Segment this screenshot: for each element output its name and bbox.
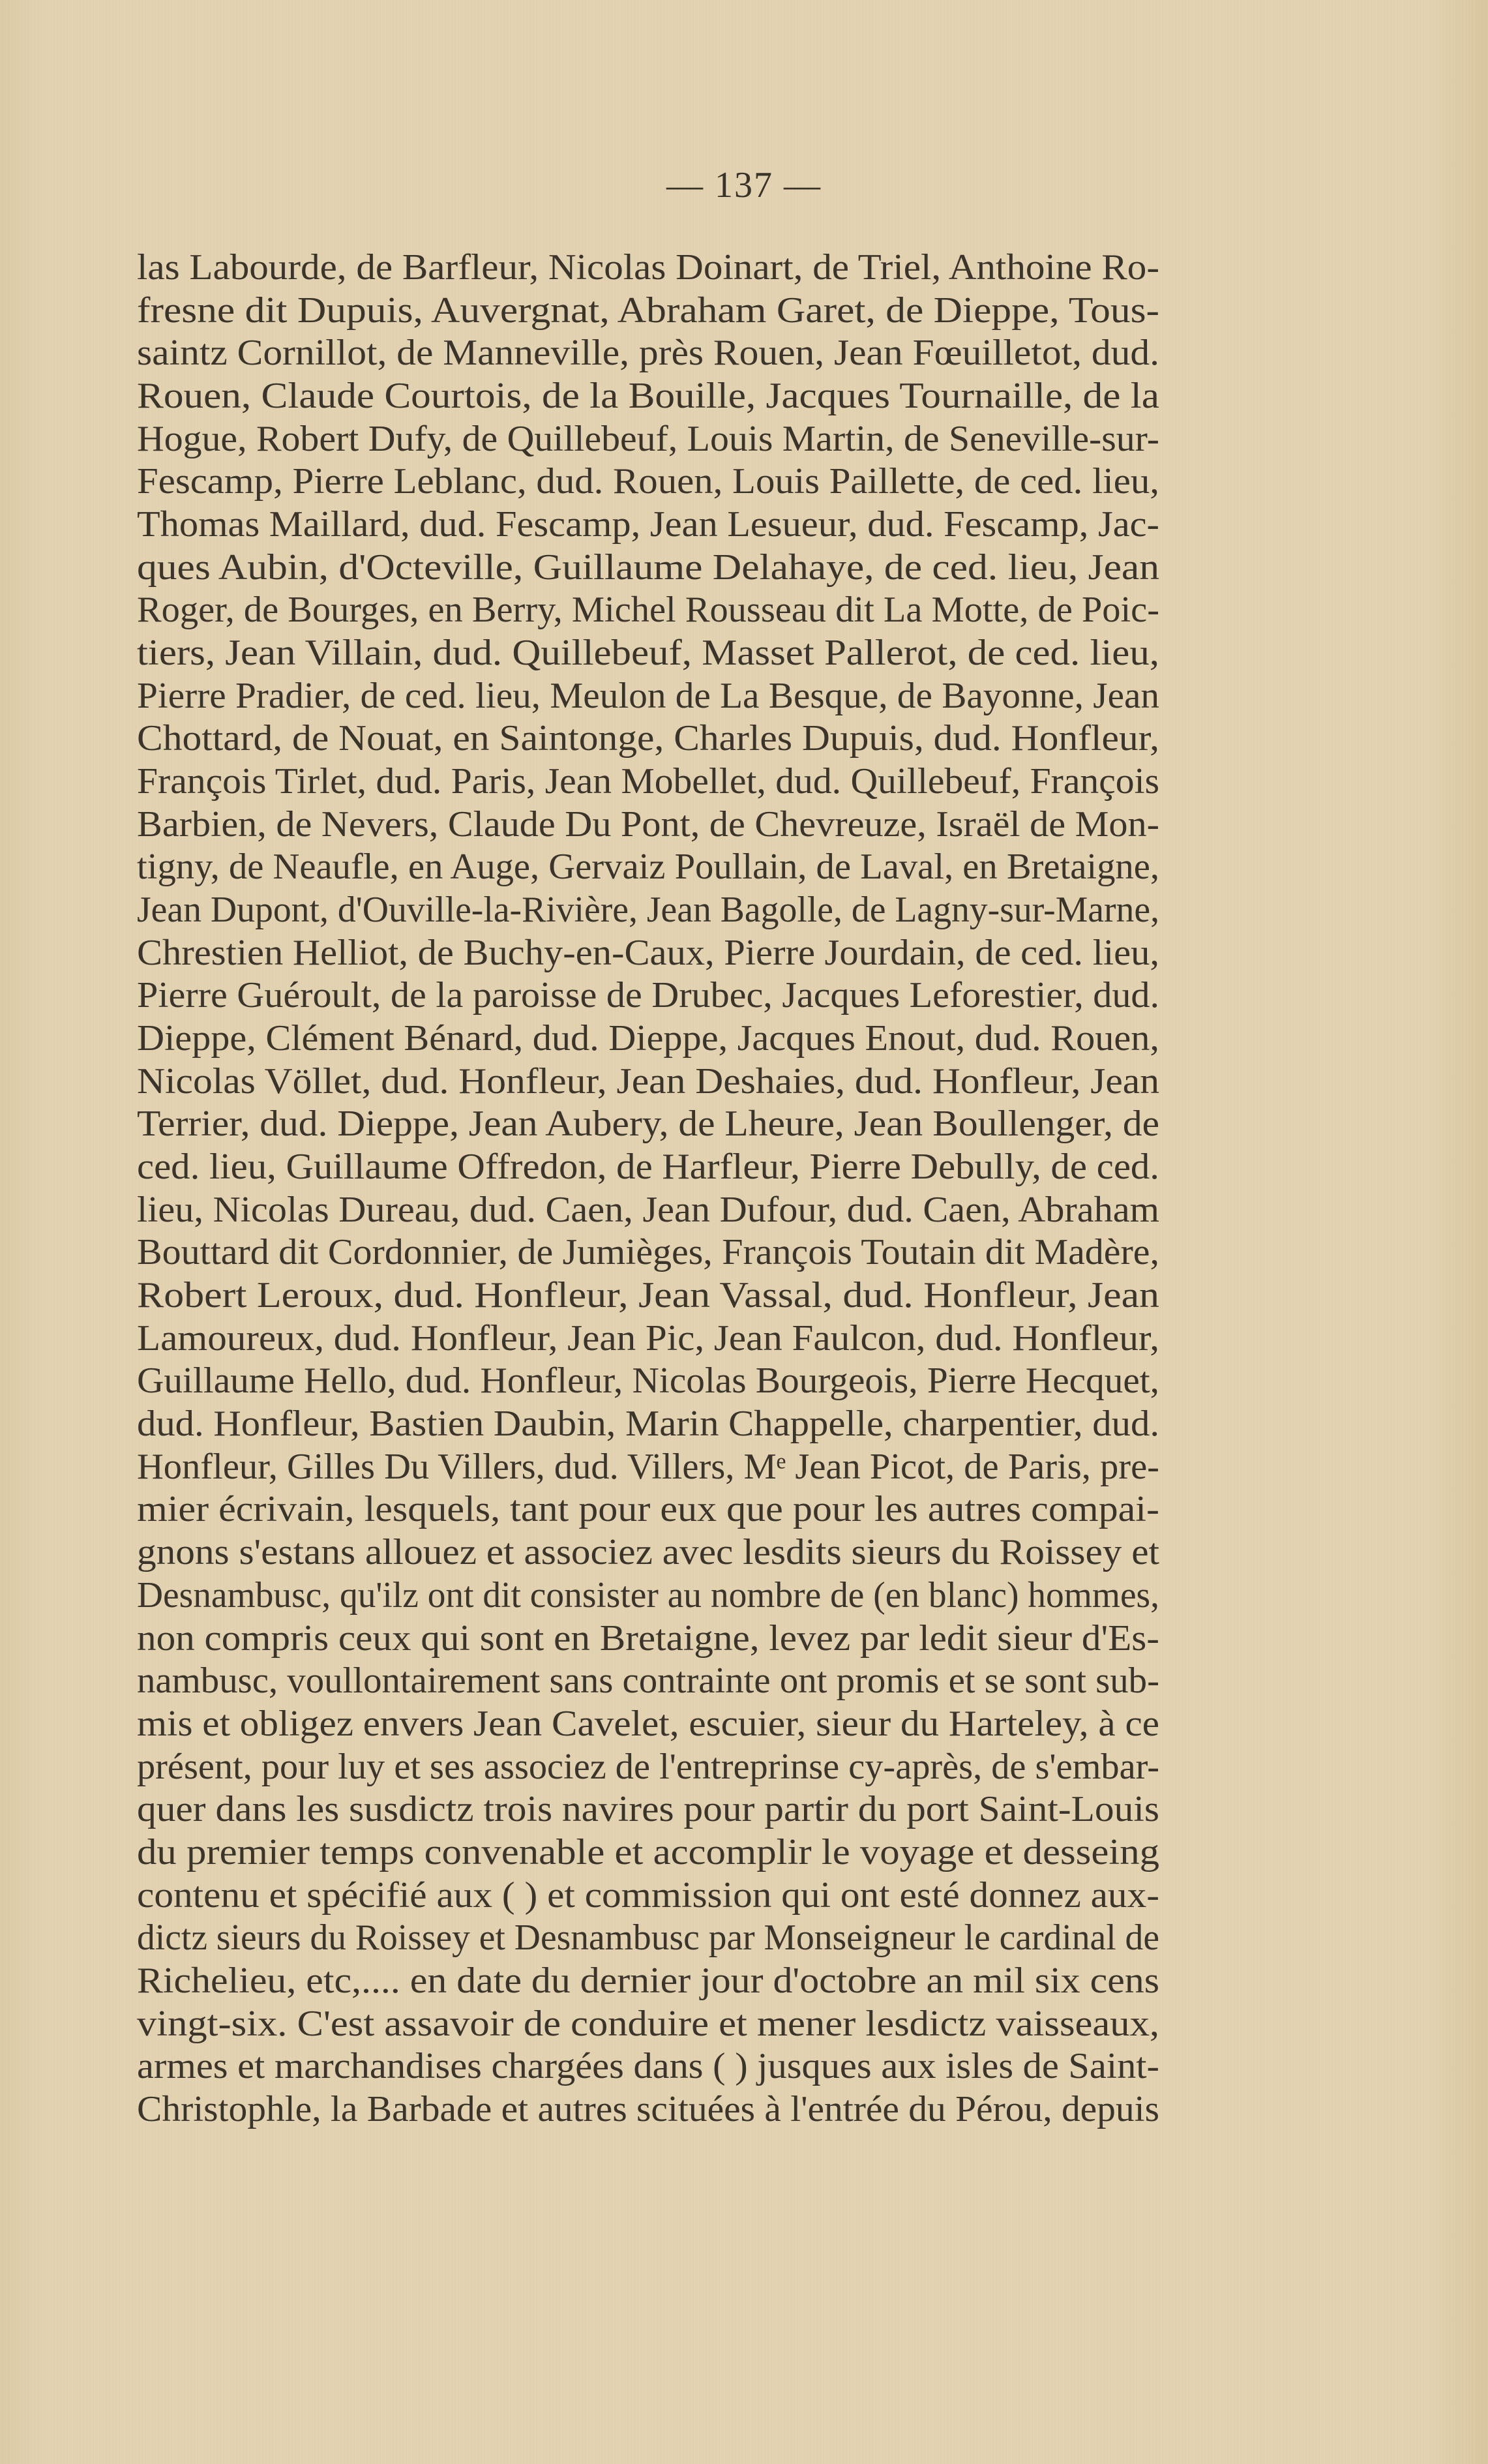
text-line: gnons s'estans allouez et associez avec … xyxy=(137,1531,1159,1574)
text-line: Pierre Guéroult, de la paroisse de Drube… xyxy=(137,974,1159,1017)
text-line: tiers, Jean Villain, dud. Quillebeuf, Ma… xyxy=(137,632,1159,675)
text-line: nambusc, voullontairement sans contraint… xyxy=(137,1660,1159,1703)
text-line: présent, pour luy et ses associez de l'e… xyxy=(137,1746,1159,1789)
text-line: Jean Dupont, d'Ouville-la-Rivière, Jean … xyxy=(137,889,1159,932)
text-line: Desnambusc, qu'ilz ont dit consister au … xyxy=(137,1574,1159,1617)
text-line: mier écrivain, lesquels, tant pour eux q… xyxy=(137,1488,1159,1531)
text-line: Chrestien Helliot, de Buchy-en-Caux, Pie… xyxy=(137,932,1159,975)
text-line: Guillaume Hello, dud. Honfleur, Nicolas … xyxy=(137,1360,1159,1403)
text-line: mis et obligez envers Jean Cavelet, escu… xyxy=(137,1703,1159,1746)
book-page: — 137 — las Labourde, de Barfleur, Nicol… xyxy=(0,0,1488,2464)
text-line: Richelieu, etc,.... en date du dernier j… xyxy=(137,1960,1159,2003)
text-line: Fescamp, Pierre Leblanc, dud. Rouen, Lou… xyxy=(137,460,1159,503)
text-line: Hogue, Robert Dufy, de Quillebeuf, Louis… xyxy=(137,418,1159,461)
text-line: Chottard, de Nouat, en Saintonge, Charle… xyxy=(137,717,1159,760)
text-line: non compris ceux qui sont en Bretaigne, … xyxy=(137,1617,1159,1660)
text-line: Terrier, dud. Dieppe, Jean Aubery, de Lh… xyxy=(137,1103,1159,1146)
text-line: Christophle, la Barbade et autres scitué… xyxy=(137,2088,1159,2131)
text-line: Honfleur, Gilles Du Villers, dud. Viller… xyxy=(137,1446,1159,1489)
text-line: Lamoureux, dud. Honfleur, Jean Pic, Jean… xyxy=(137,1317,1159,1360)
text-line: quer dans les susdictz trois navires pou… xyxy=(137,1788,1159,1831)
text-line: Barbien, de Nevers, Claude Du Pont, de C… xyxy=(137,804,1159,847)
text-line: fresne dit Dupuis, Auvergnat, Abraham Ga… xyxy=(137,290,1159,333)
text-line: vingt-six. C'est assavoir de conduire et… xyxy=(137,2003,1159,2046)
text-line: tigny, de Neaufle, en Auge, Gervaiz Poul… xyxy=(137,846,1159,889)
text-line: lieu, Nicolas Dureau, dud. Caen, Jean Du… xyxy=(137,1189,1159,1232)
text-line: du premier temps convenable et accomplir… xyxy=(137,1831,1159,1874)
text-line: dud. Honfleur, Bastien Daubin, Marin Cha… xyxy=(137,1403,1159,1446)
text-line: ques Aubin, d'Octeville, Guillaume Delah… xyxy=(137,547,1159,590)
text-line: las Labourde, de Barfleur, Nicolas Doina… xyxy=(137,247,1159,290)
text-line: Rouen, Claude Courtois, de la Bouille, J… xyxy=(137,375,1159,418)
text-line: Bouttard dit Cordonnier, de Jumièges, Fr… xyxy=(137,1231,1159,1274)
text-line: contenu et spécifié aux ( ) et commissio… xyxy=(137,1874,1159,1917)
text-line: Pierre Pradier, de ced. lieu, Meulon de … xyxy=(137,675,1159,718)
text-line: armes et marchandises chargées dans ( ) … xyxy=(137,2045,1159,2088)
text-line: Robert Leroux, dud. Honfleur, Jean Vassa… xyxy=(137,1274,1159,1317)
text-line: Dieppe, Clément Bénard, dud. Dieppe, Jac… xyxy=(137,1017,1159,1060)
text-line: saintz Cornillot, de Manneville, près Ro… xyxy=(137,332,1159,375)
text-line: dictz sieurs du Roissey et Desnambusc pa… xyxy=(137,1917,1159,1960)
text-line: Roger, de Bourges, en Berry, Michel Rous… xyxy=(137,589,1159,632)
text-line: Nicolas Völlet, dud. Honfleur, Jean Desh… xyxy=(137,1060,1159,1104)
text-line: François Tirlet, dud. Paris, Jean Mobell… xyxy=(137,760,1159,804)
body-text: las Labourde, de Barfleur, Nicolas Doina… xyxy=(137,247,1159,2131)
text-line: ced. lieu, Guillaume Offredon, de Harfle… xyxy=(137,1146,1159,1189)
page-number: — 137 — xyxy=(0,164,1488,206)
text-line: Thomas Maillard, dud. Fescamp, Jean Lesu… xyxy=(137,503,1159,547)
